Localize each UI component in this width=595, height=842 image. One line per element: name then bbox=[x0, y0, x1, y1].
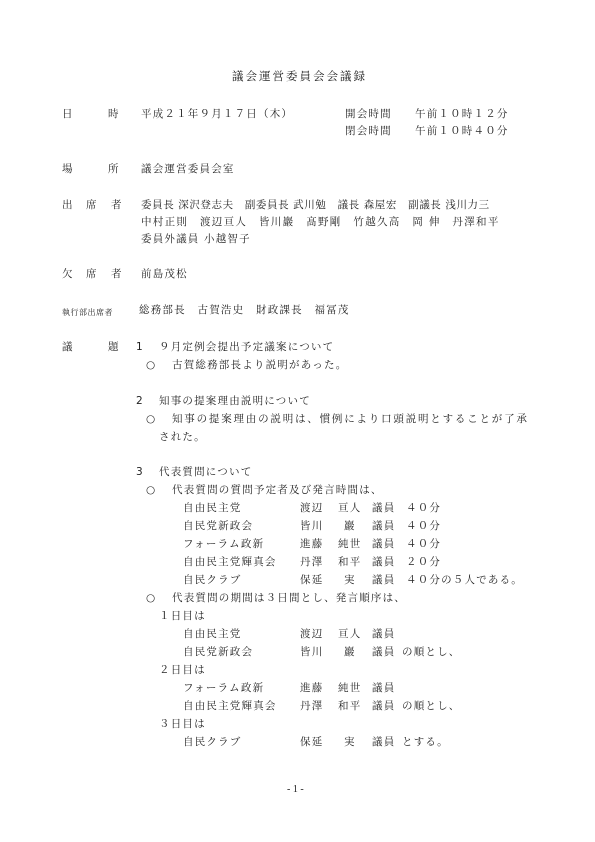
open-time: 午前１０時１２分 bbox=[415, 108, 509, 121]
speaker-title: 議員 bbox=[372, 538, 395, 551]
agenda-item-2-heading: 知事の提案理由説明について bbox=[159, 395, 311, 408]
attendees-label-2: 席 bbox=[86, 199, 98, 212]
meeting-date: 平成２１年９月１７日（木） bbox=[141, 108, 293, 121]
agenda-item-1-heading: ９月定例会提出予定議案について bbox=[159, 341, 334, 354]
speaker-title: 議員 bbox=[372, 700, 395, 713]
agenda-item-2-text-line-2: された。 bbox=[159, 431, 206, 444]
party-name: 自民党新政会 bbox=[183, 646, 253, 659]
bullet-circle-icon: ○ bbox=[146, 359, 156, 372]
speaker-title: 議員 bbox=[372, 736, 395, 749]
party-name: 自民党新政会 bbox=[183, 520, 253, 533]
agenda-item-1-text: 古賀総務部長より説明があった。 bbox=[172, 359, 347, 372]
bullet-circle-icon: ○ bbox=[146, 413, 156, 426]
speaker-intro: 代表質問の質問予定者及び発言時間は、 bbox=[172, 484, 383, 497]
datetime-label-2: 時 bbox=[108, 108, 120, 121]
order-suffix: とする。 bbox=[402, 736, 449, 749]
agenda-item-2-number: 2 bbox=[136, 395, 144, 408]
speaker-given-name: 亘人 bbox=[338, 628, 361, 641]
attendees-label-3: 者 bbox=[111, 199, 123, 212]
absentees-label-1: 欠 bbox=[62, 268, 74, 281]
agenda-item-3-heading: 代表質問について bbox=[159, 466, 252, 479]
speaker-surname: 保延 bbox=[300, 736, 323, 749]
speaker-given-name: 和平 bbox=[338, 556, 361, 569]
speaking-time: ４０分 bbox=[406, 502, 441, 515]
party-name: 自民クラブ bbox=[183, 574, 242, 587]
speaker-given-name: 巖 bbox=[344, 646, 356, 659]
speaking-time: ２０分 bbox=[406, 556, 441, 569]
place-value: 議会運営委員会室 bbox=[141, 163, 235, 176]
document-title: 議会運営委員会会議録 bbox=[232, 70, 367, 83]
attendees-line-3: 委員外議員 小越智子 bbox=[141, 233, 251, 246]
absentees-label-2: 席 bbox=[86, 268, 98, 281]
speaker-given-name: 巖 bbox=[344, 520, 356, 533]
executives-label: 執行部出席者 bbox=[62, 306, 113, 319]
speaking-time: ４０分 bbox=[406, 538, 441, 551]
party-name: 自由民主党輝真会 bbox=[183, 556, 277, 569]
speaker-surname: 皆川 bbox=[300, 646, 323, 659]
agenda-item-3-number: 3 bbox=[136, 466, 144, 479]
speaker-surname: 進藤 bbox=[300, 538, 323, 551]
attendees-line-2: 中村正則 渡辺亘人 皆川巖 髙野剛 竹越久高 岡 伸 丹澤和平 bbox=[141, 216, 500, 229]
party-name: フォーラム政新 bbox=[183, 538, 264, 551]
day-2-label: ２日目は bbox=[159, 664, 206, 677]
speaker-surname: 渡辺 bbox=[300, 628, 323, 641]
page-number: - 1 - bbox=[287, 783, 304, 796]
agenda-item-1-number: 1 bbox=[136, 341, 144, 354]
speaker-given-name: 和平 bbox=[338, 700, 361, 713]
speaker-surname: 保延 bbox=[300, 574, 323, 587]
speaker-given-name: 純世 bbox=[338, 538, 361, 551]
party-name: 自由民主党輝真会 bbox=[183, 700, 277, 713]
speaker-title: 議員 bbox=[372, 520, 395, 533]
absentees-value: 前島茂松 bbox=[141, 268, 188, 281]
party-name: フォーラム政新 bbox=[183, 682, 264, 695]
open-time-label: 開会時間 bbox=[345, 108, 392, 121]
order-suffix: の順とし、 bbox=[402, 646, 461, 659]
speaker-title: 議員 bbox=[372, 646, 395, 659]
day-3-label: ３日目は bbox=[159, 718, 206, 731]
speaker-title: 議員 bbox=[372, 556, 395, 569]
agenda-label-1: 議 bbox=[62, 341, 74, 354]
speaker-surname: 進藤 bbox=[300, 682, 323, 695]
speaking-time: ４０分 bbox=[406, 520, 441, 533]
place-label-2: 所 bbox=[108, 163, 120, 176]
speaker-given-name: 純世 bbox=[338, 682, 361, 695]
speaker-surname: 丹澤 bbox=[300, 700, 323, 713]
bullet-circle-icon: ○ bbox=[146, 484, 156, 497]
speaking-time: ４０分の５人である。 bbox=[406, 574, 523, 587]
bullet-circle-icon: ○ bbox=[146, 592, 156, 605]
executives-value: 総務部長 古賀浩史 財政課長 福冨茂 bbox=[139, 304, 350, 317]
day-1-label: １日目は bbox=[159, 610, 206, 623]
speaker-title: 議員 bbox=[372, 574, 395, 587]
speaker-title: 議員 bbox=[372, 628, 395, 641]
speaker-surname: 皆川 bbox=[300, 520, 323, 533]
attendees-line-1: 委員長 深沢登志夫 副委員長 武川勉 議長 森屋宏 副議長 浅川力三 bbox=[141, 199, 490, 212]
close-time-label: 閉会時間 bbox=[345, 125, 392, 138]
speaker-surname: 丹澤 bbox=[300, 556, 323, 569]
party-name: 自民クラブ bbox=[183, 736, 242, 749]
party-name: 自由民主党 bbox=[183, 628, 242, 641]
agenda-label-2: 題 bbox=[108, 341, 120, 354]
close-time: 午前１０時４０分 bbox=[415, 125, 509, 138]
agenda-item-2-text-line-1: 知事の提案理由の説明は、慣例により口頭説明とすることが了承 bbox=[172, 413, 529, 426]
attendees-label-1: 出 bbox=[62, 199, 74, 212]
place-label-1: 場 bbox=[62, 163, 74, 176]
party-name: 自由民主党 bbox=[183, 502, 242, 515]
order-suffix: の順とし、 bbox=[402, 700, 461, 713]
speaker-given-name: 実 bbox=[344, 574, 356, 587]
speaker-title: 議員 bbox=[372, 502, 395, 515]
speaker-given-name: 亘人 bbox=[338, 502, 361, 515]
speaker-given-name: 実 bbox=[344, 736, 356, 749]
absentees-label-3: 者 bbox=[111, 268, 123, 281]
speaker-title: 議員 bbox=[372, 682, 395, 695]
datetime-label-1: 日 bbox=[62, 108, 74, 121]
order-intro: 代表質問の期間は３日間とし、発言順序は、 bbox=[172, 592, 406, 605]
speaker-surname: 渡辺 bbox=[300, 502, 323, 515]
